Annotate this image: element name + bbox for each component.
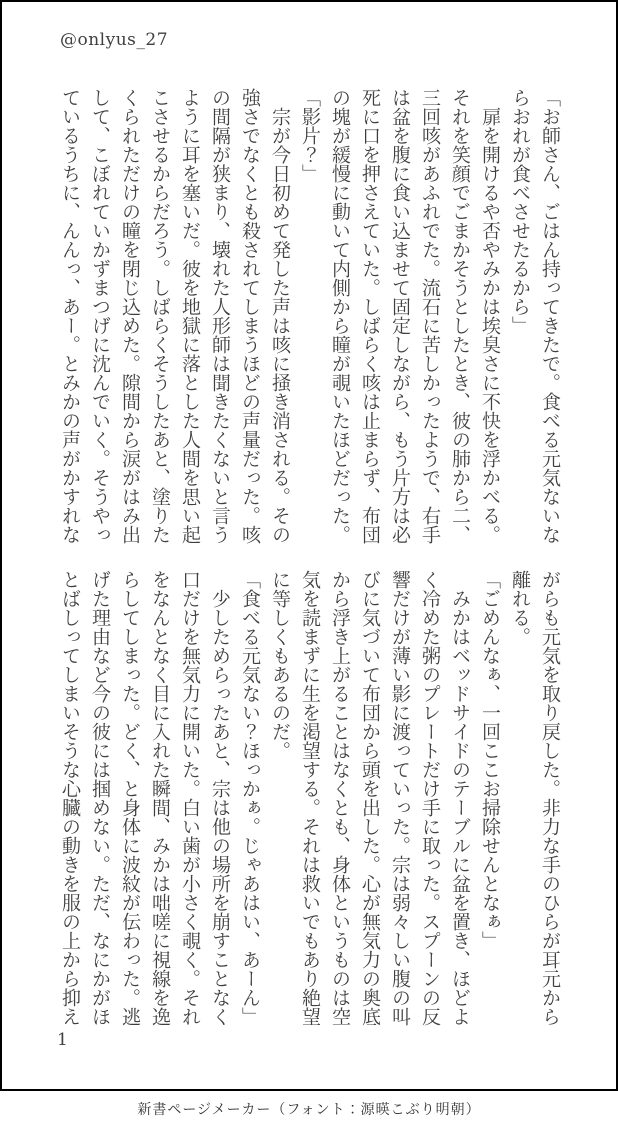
page-number: 1 <box>57 1030 68 1050</box>
paragraph: がらも元気を取り戻した。非力な手のひらが耳元から離れる。 <box>505 570 565 1026</box>
paragraph: 少しためらったあと、宗は他の場所を崩すことなく口だけを無気力に開いた。白い歯が小… <box>55 570 235 1026</box>
paragraph: 「影片？」 <box>295 88 325 544</box>
paragraph: みかはベッドサイドのテーブルに盆を置き、ほどよく冷めた粥のプレートだけ手に取った… <box>265 570 475 1026</box>
paragraph: 「ごめんなぁ、一回ここお掃除せんとなぁ」 <box>475 570 505 1026</box>
vertical-text-block-upper: 「お師さん、ごはん持ってきたで。食べる元気ないならおれが食べさせたるから」 扉を… <box>55 88 565 544</box>
paragraph: 「食べる元気ない？ほっかぁ。じゃあはい、あーん」 <box>235 570 265 1026</box>
novel-page-frame: @onlyus_27 「お師さん、ごはん持ってきたで。食べる元気ないならおれが食… <box>0 0 618 1091</box>
author-handle: @onlyus_27 <box>60 30 168 50</box>
paragraph: 「お師さん、ごはん持ってきたで。食べる元気ないならおれが食べさせたるから」 <box>505 88 565 544</box>
paragraph: 宗が今日初めて発した声は咳に掻き消される。その強さでなくとも殺されてしまうほどの… <box>55 88 295 544</box>
vertical-text-block-lower: がらも元気を取り戻した。非力な手のひらが耳元から離れる。「ごめんなぁ、一回ここお… <box>55 570 565 1026</box>
generator-footer-caption: 新書ページメーカー（フォント：源暎こぶり明朝） <box>0 1099 618 1119</box>
paragraph: 扉を開けるや否やみかは埃臭さに不快を浮かべる。それを笑顔でごまかそうとしたとき、… <box>325 88 505 544</box>
